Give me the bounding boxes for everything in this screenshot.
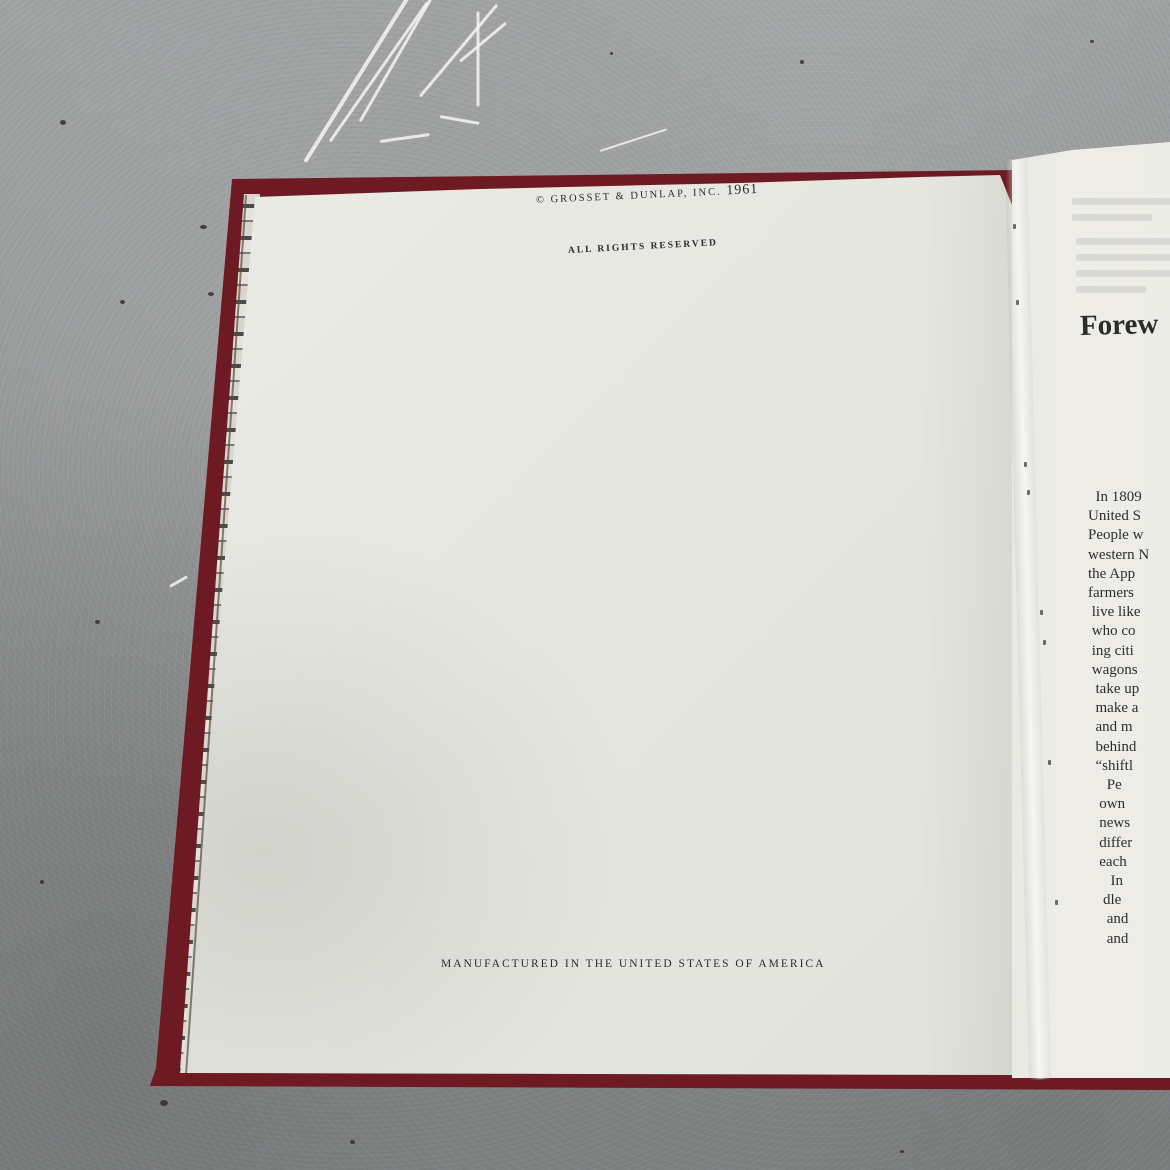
foreword-line: and m xyxy=(1088,718,1170,737)
foreword-line: “shiftl xyxy=(1088,757,1170,776)
foreword-line: Pe xyxy=(1088,776,1170,795)
foreword-line: People w xyxy=(1088,526,1170,545)
foreword-line: take up xyxy=(1088,680,1170,699)
foreword-line: live like xyxy=(1088,603,1170,622)
foreword-line: ing citi xyxy=(1088,642,1170,661)
foreword-line: each xyxy=(1088,853,1170,872)
manufactured-notice: MANUFACTURED IN THE UNITED STATES OF AME… xyxy=(441,958,825,970)
left-page xyxy=(180,175,1020,1075)
foreword-line: wagons xyxy=(1088,661,1170,680)
foreword-heading: Forew xyxy=(1080,308,1159,343)
foreword-line: western N xyxy=(1088,546,1170,565)
foreword-line: behind xyxy=(1088,738,1170,757)
foreword-line: own xyxy=(1088,795,1170,814)
foreword-line: and xyxy=(1088,910,1170,929)
foreword-line: United S xyxy=(1088,507,1170,526)
foreword-line: and xyxy=(1088,930,1170,949)
foreword-line: differ xyxy=(1088,834,1170,853)
foreword-line: farmers xyxy=(1088,584,1170,603)
foreword-line: dle xyxy=(1088,891,1170,910)
foreword-line: In xyxy=(1088,872,1170,891)
foreword-line: In 1809 xyxy=(1088,488,1170,507)
foreword-line: who co xyxy=(1088,622,1170,641)
open-book: © GROSSET & DUNLAP, INC. 1961 ALL RIGHTS… xyxy=(0,0,1170,1170)
copyright-year: 1961 xyxy=(726,182,759,198)
foreword-line: news xyxy=(1088,814,1170,833)
foreword-body: In 1809United SPeople wwestern Nthe Appf… xyxy=(1080,470,1170,990)
foreword-line: the App xyxy=(1088,565,1170,584)
foreword-line: make a xyxy=(1088,699,1170,718)
